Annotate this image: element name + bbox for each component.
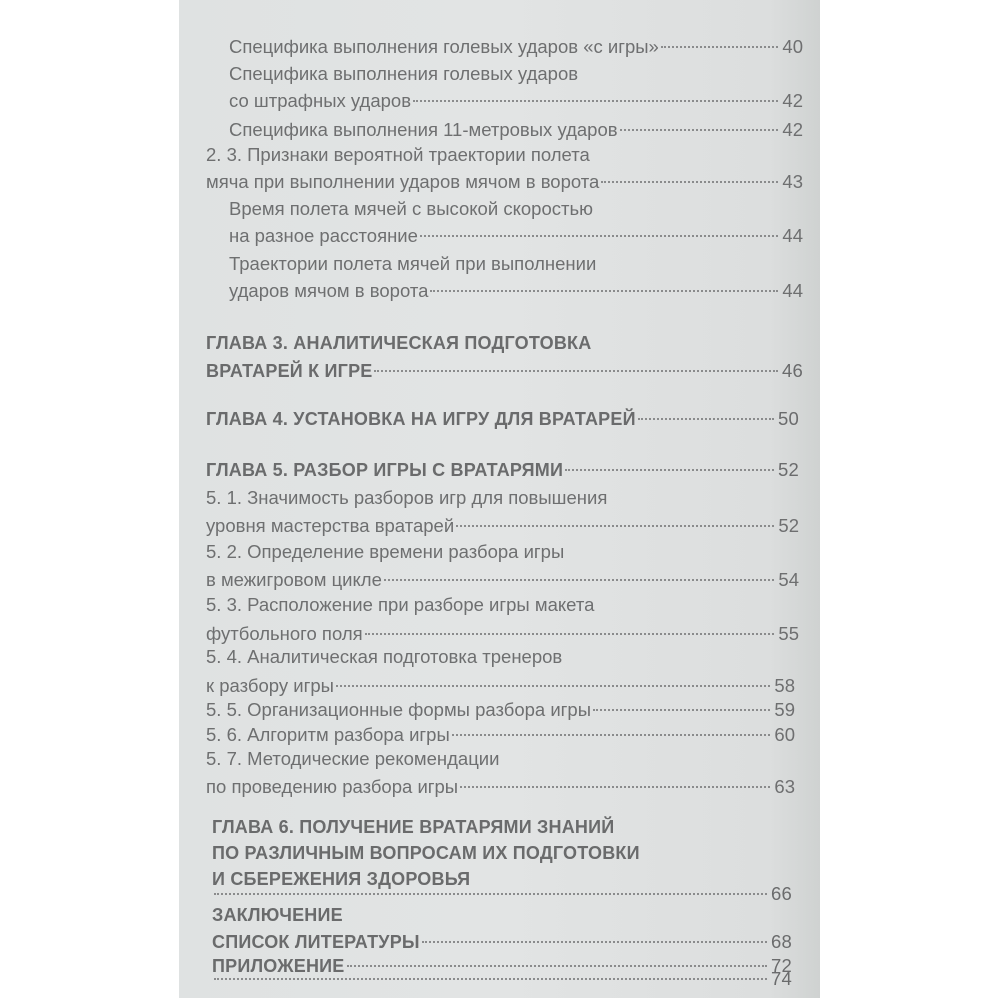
toc-entry: со штрафных ударов42 <box>229 87 803 113</box>
toc-page-number: 50 <box>777 406 799 432</box>
toc-entry: ударов мячом в ворота44 <box>229 277 803 303</box>
toc-entry-title: ГЛАВА 4. УСТАНОВКА НА ИГРУ ДЛЯ ВРАТАРЕЙ <box>206 406 636 432</box>
toc-entry: Специфика выполнения голевых ударов «с и… <box>229 33 803 59</box>
dot-leader <box>661 28 778 48</box>
toc-entry-title: ударов мячом в ворота <box>229 278 428 304</box>
toc-chapter-entry: ГЛАВА 4. УСТАНОВКА НА ИГРУ ДЛЯ ВРАТАРЕЙ5… <box>206 405 799 431</box>
table-of-contents: Специфика выполнения голевых ударов «с и… <box>179 0 820 998</box>
dot-leader <box>598 247 778 265</box>
dot-leader <box>580 57 778 75</box>
dot-leader <box>374 352 778 372</box>
dot-leader <box>460 768 770 788</box>
dot-leader <box>214 875 767 895</box>
toc-entry-title: ГЛАВА 6. ПОЛУЧЕНИЕ ВРАТАРЯМИ ЗНАНИЙ <box>212 814 614 840</box>
toc-chapter-entry: ВРАТАРЕЙ К ИГРЕ46 <box>206 357 803 383</box>
dot-leader <box>593 326 778 344</box>
dot-leader <box>616 810 770 828</box>
toc-page-number: 42 <box>781 117 803 143</box>
toc-entry-title: Специфика выполнения 11-метровых ударов <box>229 117 618 143</box>
dot-leader <box>593 691 770 711</box>
toc-entry-title: ВРАТАРЕЙ К ИГРЕ <box>206 358 372 384</box>
dot-leader <box>620 111 778 131</box>
book-page: Специфика выполнения голевых ударов «с и… <box>179 0 820 998</box>
toc-entry-title: 2. 3. Признаки вероятной траектории поле… <box>206 142 590 168</box>
dot-leader <box>592 138 778 156</box>
toc-page-number: 59 <box>773 697 795 723</box>
dot-leader <box>214 960 767 980</box>
toc-page-number: 40 <box>781 34 803 60</box>
dot-leader <box>336 667 770 687</box>
toc-entry-title: мяча при выполнении ударов мячом в ворот… <box>206 169 599 195</box>
dot-leader <box>609 481 774 499</box>
dot-leader <box>601 163 778 183</box>
toc-page-number: 44 <box>781 223 803 249</box>
toc-page-number: 63 <box>773 774 795 800</box>
toc-entry: на разное расстояние44 <box>229 222 803 248</box>
dot-leader <box>365 615 774 635</box>
toc-entry-title: ЗАКЛЮЧЕНИЕ <box>212 902 343 928</box>
toc-chapter-entry: ГЛАВА 5. РАЗБОР ИГРЫ С ВРАТАРЯМИ52 <box>206 456 799 482</box>
toc-entry: мяча при выполнении ударов мячом в ворот… <box>206 168 803 194</box>
toc-page-number: 52 <box>777 513 799 539</box>
dot-leader <box>638 400 774 420</box>
toc-entry-title: на разное расстояние <box>229 223 418 249</box>
dot-leader <box>501 742 770 760</box>
toc-page-number: 43 <box>781 169 803 195</box>
dot-leader <box>566 535 774 553</box>
toc-page-number: 52 <box>777 457 799 483</box>
toc-page-number: 60 <box>773 722 795 748</box>
toc-page-number: 42 <box>781 88 803 114</box>
dot-leader <box>345 898 767 916</box>
toc-entry-title: 5. 6. Алгоритм разбора игры <box>206 722 450 748</box>
toc-page-number: 44 <box>781 278 803 304</box>
toc-entry-title: по проведению разбора игры <box>206 774 458 800</box>
dot-leader <box>642 836 770 854</box>
dot-leader <box>422 923 767 943</box>
toc-entry: по проведению разбора игры63 <box>206 773 795 799</box>
dot-leader <box>413 82 778 102</box>
toc-page-number: 46 <box>781 358 803 384</box>
toc-chapter-entry: 74 <box>212 965 792 991</box>
toc-page-number: 74 <box>770 966 792 992</box>
toc-entry-title: уровня мастерства вратарей <box>206 513 454 539</box>
toc-entry-title: ГЛАВА 5. РАЗБОР ИГРЫ С ВРАТАРЯМИ <box>206 457 563 483</box>
dot-leader <box>430 272 778 292</box>
toc-entry-title: 5. 7. Методические рекомендации <box>206 746 499 772</box>
toc-entry-title: со штрафных ударов <box>229 88 411 114</box>
dot-leader <box>564 640 774 658</box>
dot-leader <box>595 192 778 210</box>
dot-leader <box>565 451 774 471</box>
dot-leader <box>420 217 778 237</box>
dot-leader <box>384 561 774 581</box>
dot-leader <box>596 588 774 606</box>
dot-leader <box>452 716 770 736</box>
toc-page-number: 54 <box>777 567 799 593</box>
dot-leader <box>456 507 774 527</box>
toc-entry-title: в межигровом цикле <box>206 567 382 593</box>
